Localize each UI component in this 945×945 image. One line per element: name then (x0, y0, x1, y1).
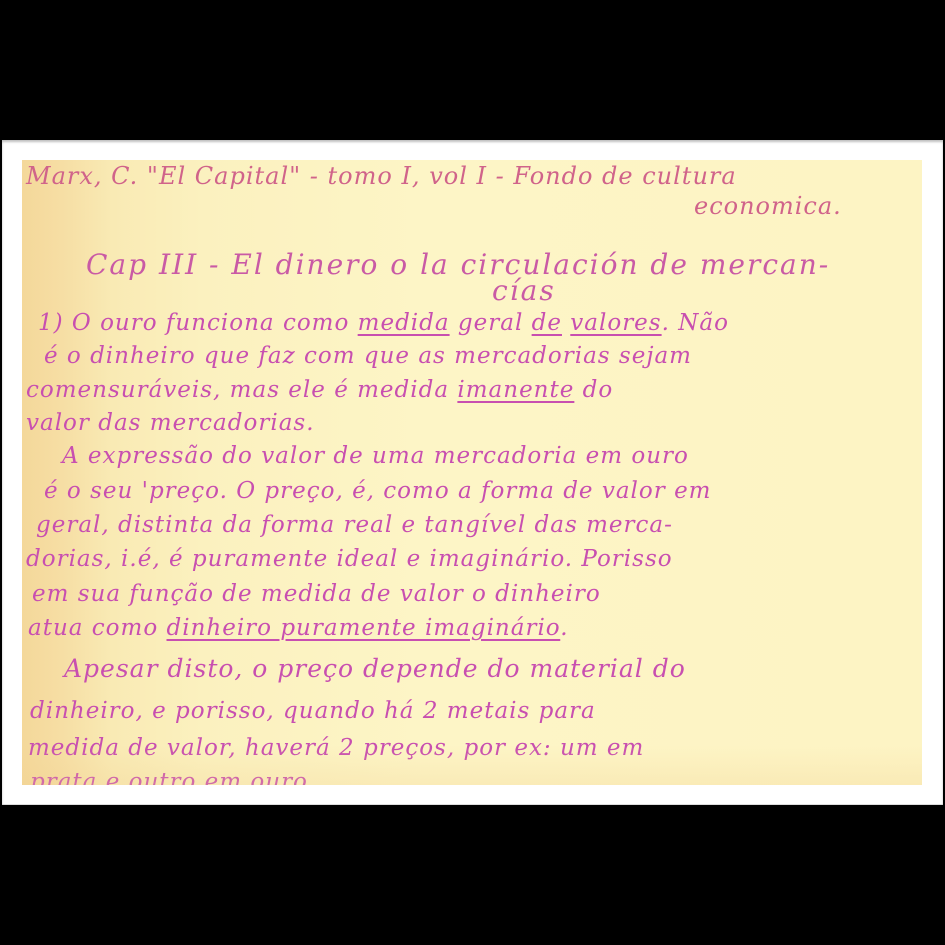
text-fragment: do (574, 377, 613, 403)
reference-line-1: Marx, C. "El Capital" - tomo I, vol I - … (26, 162, 737, 190)
text-fragment: . Não (662, 310, 729, 336)
handwritten-page: Marx, C. "El Capital" - tomo I, vol I - … (22, 160, 922, 785)
underlined-term: dinheiro puramente imaginário (167, 615, 561, 641)
paragraph-1-line-4: valor das mercadorias. (26, 410, 315, 436)
text-fragment: 1) O ouro funciona como (38, 310, 358, 336)
photo-frame: Marx, C. "El Capital" - tomo I, vol I - … (2, 140, 943, 805)
chapter-title-line-1: Cap III - El dinero o la circulación de … (86, 248, 830, 281)
paragraph-3-line-1: Apesar disto, o preço depende do materia… (64, 654, 686, 683)
paragraph-3-line-4: prata e outro em ouro. (30, 769, 316, 785)
underlined-term: medida (358, 310, 450, 336)
underlined-term: valores (570, 310, 661, 336)
paragraph-2-line-2: é o seu 'preço. O preço, é, como a forma… (44, 478, 712, 504)
text-fragment: geral (450, 310, 532, 336)
text-fragment: atua como (28, 615, 167, 641)
paragraph-1-line-2: é o dinheiro que faz com que as mercador… (44, 343, 692, 369)
reference-line-2: economica. (694, 192, 842, 220)
paragraph-2-line-1: A expressão do valor de uma mercadoria e… (62, 443, 689, 469)
paragraph-2-line-3: geral, distinta da forma real e tangível… (36, 512, 673, 538)
underlined-term: de (532, 310, 562, 336)
paragraph-3-line-2: dinheiro, e porisso, quando há 2 metais … (30, 698, 596, 724)
text-fragment: comensuráveis, mas ele é medida (26, 377, 457, 403)
paragraph-2-line-6: atua como dinheiro puramente imaginário. (28, 615, 569, 641)
paragraph-3-line-3: medida de valor, haverá 2 preços, por ex… (28, 735, 644, 761)
paragraph-2-line-4: dorias, i.é, é puramente ideal e imaginá… (26, 546, 673, 572)
underlined-term: imanente (457, 377, 574, 403)
text-fragment: . (560, 615, 568, 641)
paragraph-1-line-1: 1) O ouro funciona como medida geral de … (38, 310, 729, 336)
chapter-title-line-2: cías (492, 274, 556, 307)
paragraph-1-line-3: comensuráveis, mas ele é medida imanente… (26, 377, 613, 403)
paragraph-2-line-5: em sua função de medida de valor o dinhe… (32, 581, 601, 607)
